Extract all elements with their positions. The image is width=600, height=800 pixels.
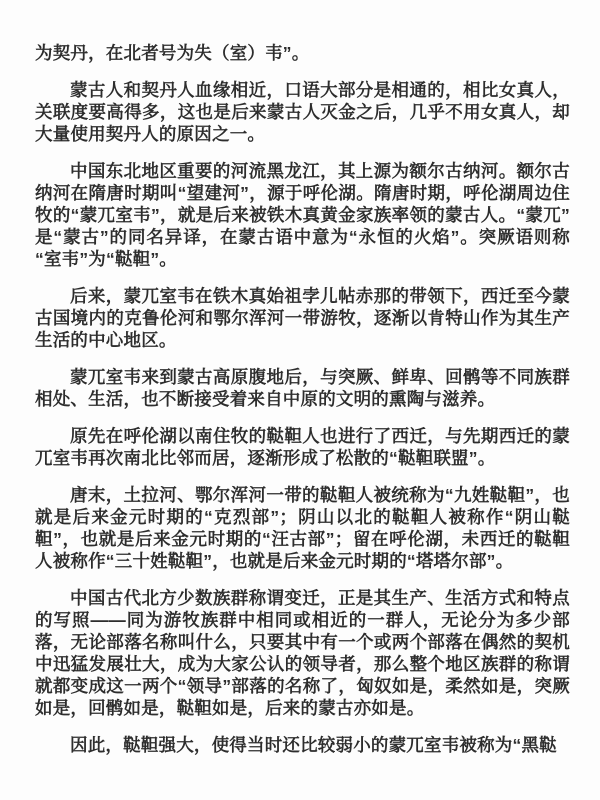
- paragraph-3: 中国东北地区重要的河流黑龙江，其上源为额尔古纳河。额尔古纳河在隋唐时期叫“望建河…: [35, 160, 570, 270]
- paragraph-8: 中国古代北方少数族群称谓变迁，正是其生产、生活方式和特点的写照——同为游牧族群中…: [35, 587, 570, 719]
- document-page: 为契丹，在北者号为失（室）韦”。 蒙古人和契丹人血缘相近，口语大部分是相通的，相…: [0, 0, 600, 800]
- paragraph-7: 唐末，土拉河、鄂尔浑河一带的鞑靼人被统称为“九姓鞑靼”，也就是后来金元时期的“克…: [35, 484, 570, 572]
- paragraph-4: 后来，蒙兀室韦在铁木真始祖孛儿帖赤那的带领下，西迁至今蒙古国境内的克鲁伦河和鄂尔…: [35, 285, 570, 351]
- paragraph-2: 蒙古人和契丹人血缘相近，口语大部分是相通的，相比女真人，关联度要高得多，这也是后…: [35, 79, 570, 145]
- paragraph-continuation-bottom: 因此，鞑靼强大，使得当时还比较弱小的蒙兀室韦被称为“黑鞑: [35, 734, 570, 756]
- paragraph-5: 蒙兀室韦来到蒙古高原腹地后，与突厥、鲜卑、回鹘等不同族群相处、生活，也不断接受着…: [35, 366, 570, 410]
- paragraph-continuation-top: 为契丹，在北者号为失（室）韦”。: [35, 42, 570, 64]
- paragraph-6: 原先在呼伦湖以南住牧的鞑靼人也进行了西迁，与先期西迁的蒙兀室韦再次南北比邻而居，…: [35, 425, 570, 469]
